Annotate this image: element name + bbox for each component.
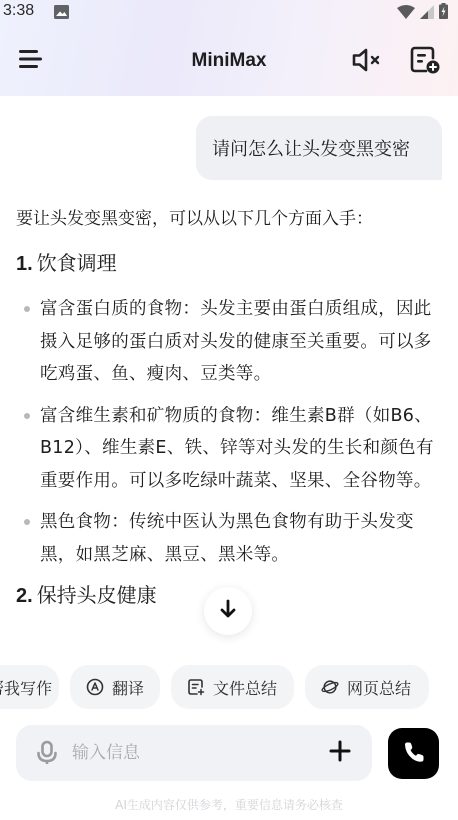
new-chat-button[interactable] bbox=[405, 43, 445, 81]
microphone-icon[interactable] bbox=[36, 740, 58, 766]
planet-icon bbox=[321, 678, 339, 696]
arrow-down-icon bbox=[219, 599, 237, 623]
bullet-list: 富含蛋白质的食物：头发主要由蛋白质组成，因此摄入足够的蛋白质对头发的健康至关重要… bbox=[16, 293, 436, 571]
bullet-dot-icon bbox=[24, 413, 30, 419]
voice-call-button[interactable] bbox=[388, 728, 439, 779]
ai-disclaimer: AI生成内容仅供参考，重要信息请务必核查 bbox=[0, 796, 458, 813]
app-title: MiniMax bbox=[0, 50, 458, 72]
mute-button[interactable] bbox=[348, 45, 386, 79]
chip-label: 文件总结 bbox=[213, 676, 277, 699]
menu-icon bbox=[18, 48, 44, 74]
section-title: 保持头皮健康 bbox=[37, 580, 157, 610]
status-time: 3:38 bbox=[3, 2, 34, 20]
status-icons bbox=[397, 3, 448, 23]
phone-icon bbox=[401, 739, 427, 769]
message-composer bbox=[16, 725, 372, 781]
chip-label: 翻译 bbox=[112, 676, 144, 699]
section-title: 饮食调理 bbox=[37, 248, 117, 278]
translate-icon bbox=[86, 678, 104, 696]
signal-icon bbox=[420, 4, 434, 23]
scroll-to-bottom-button[interactable] bbox=[204, 587, 252, 635]
assistant-intro: 要让头发变黑变密，可以从以下几个方面入手： bbox=[16, 204, 436, 234]
add-attachment-button[interactable] bbox=[326, 739, 354, 767]
wifi-icon bbox=[397, 4, 415, 23]
section-number: 1. bbox=[16, 249, 33, 279]
assistant-message: 要让头发变黑变密，可以从以下几个方面入手： 1. 饮食调理 富含蛋白质的食物：头… bbox=[16, 204, 436, 611]
bullet-dot-icon bbox=[24, 519, 30, 525]
message-input[interactable] bbox=[72, 733, 322, 773]
list-item: 富含蛋白质的食物：头发主要由蛋白质组成，因此摄入足够的蛋白质对头发的健康至关重要… bbox=[16, 293, 436, 391]
section-heading-1: 1. 饮食调理 bbox=[16, 248, 436, 279]
menu-button[interactable] bbox=[14, 46, 48, 76]
file-summary-icon bbox=[187, 678, 205, 696]
user-message-text: 请问怎么让头发变黑变密 bbox=[212, 135, 410, 161]
chip-writing[interactable]: 帮我写作 bbox=[0, 665, 59, 709]
photo-icon bbox=[54, 4, 69, 18]
user-message-bubble: 请问怎么让头发变黑变密 bbox=[196, 116, 442, 180]
new-chat-icon bbox=[409, 45, 441, 79]
list-item-text: 富含维生素和矿物质的食物：维生素B群（如B6、B12）、维生素E、铁、锌等对头发… bbox=[40, 406, 434, 491]
list-item: 黑色食物：传统中医认为黑色食物有助于头发变黑，如黑芝麻、黑豆、黑米等。 bbox=[16, 506, 436, 571]
chip-label: 帮我写作 bbox=[0, 676, 52, 699]
list-item-text: 富含蛋白质的食物：头发主要由蛋白质组成，因此摄入足够的蛋白质对头发的健康至关重要… bbox=[40, 299, 432, 384]
chip-translate[interactable]: 翻译 bbox=[70, 665, 160, 709]
chat-area[interactable]: 请问怎么让头发变黑变密 要让头发变黑变密，可以从以下几个方面入手： 1. 饮食调… bbox=[0, 96, 458, 650]
list-item-text: 黑色食物：传统中医认为黑色食物有助于头发变黑，如黑芝麻、黑豆、黑米等。 bbox=[40, 512, 414, 565]
status-bar: 3:38 bbox=[0, 0, 458, 24]
speaker-muted-icon bbox=[351, 47, 383, 77]
section-number: 2. bbox=[16, 581, 33, 611]
chip-webpage-summary[interactable]: 网页总结 bbox=[305, 665, 429, 709]
plus-icon bbox=[329, 740, 351, 766]
chip-label: 网页总结 bbox=[347, 676, 411, 699]
battery-charging-icon bbox=[439, 3, 448, 23]
chip-file-summary[interactable]: 文件总结 bbox=[171, 665, 294, 709]
app-header: MiniMax bbox=[0, 24, 458, 96]
quick-actions-row[interactable]: 帮我写作 翻译 文件总结 网页总结 bbox=[0, 650, 458, 720]
bullet-dot-icon bbox=[24, 306, 30, 312]
list-item: 富含维生素和矿物质的食物：维生素B群（如B6、B12）、维生素E、铁、锌等对头发… bbox=[16, 400, 436, 498]
